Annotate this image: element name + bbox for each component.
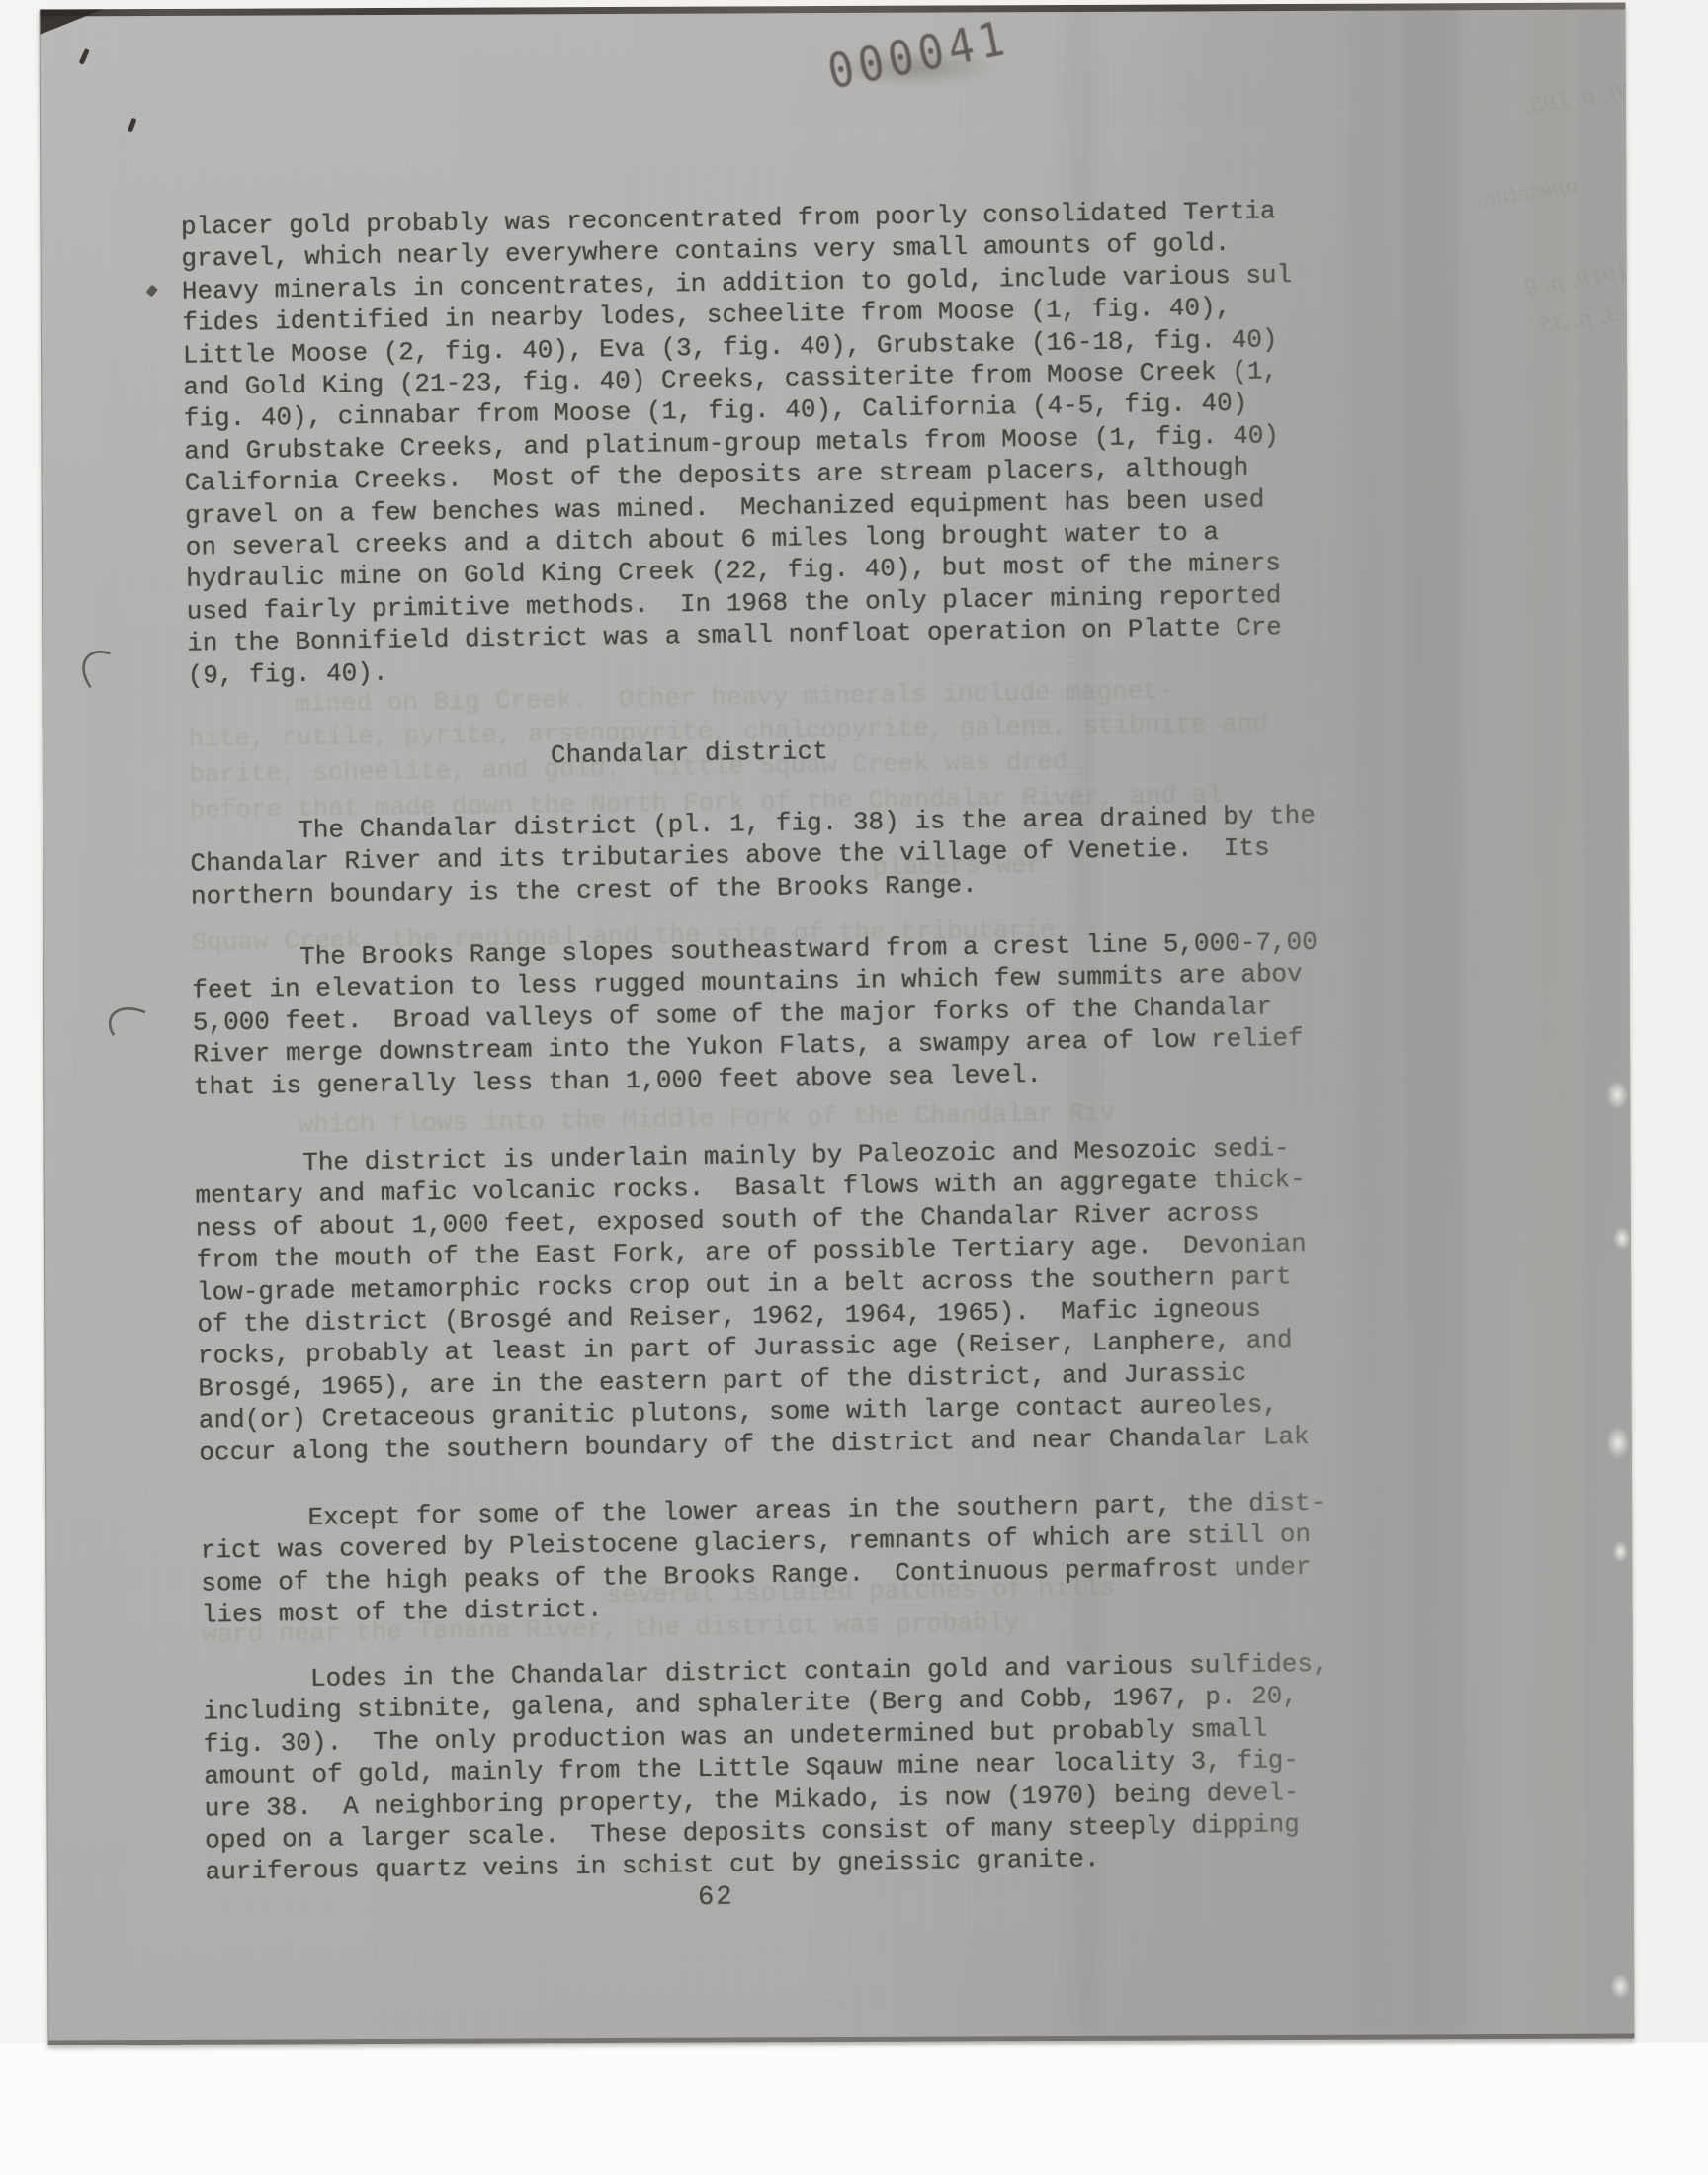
- paragraph: The Chandalar district (pl. 1, fig. 38) …: [190, 800, 1317, 913]
- paragraph: placer gold probably was reconcentrated …: [181, 195, 1298, 692]
- scanned-document-page: 000041 mined on Big Creek. Other heavy m…: [0, 0, 1708, 2175]
- paragraph: Except for some of the lower areas in th…: [200, 1487, 1327, 1632]
- paper-sheet: 000041 mined on Big Creek. Other heavy m…: [40, 3, 1635, 2045]
- paragraph: Lodes in the Chandalar district contain …: [203, 1648, 1331, 1889]
- ghost-text-line: which flows into the Middle Fork of the …: [298, 1097, 1115, 1142]
- section-heading: Chandalar district: [551, 736, 828, 772]
- scanner-background-bottom: [0, 2043, 1708, 2175]
- pencil-arc-mark: [72, 646, 116, 693]
- paragraph: The district is underlain mainly by Pale…: [195, 1132, 1310, 1469]
- pencil-arc-mark: [100, 1003, 151, 1041]
- corner-fold-mark: [40, 9, 104, 35]
- paragraph: The Brooks Range slopes southeastward fr…: [192, 926, 1320, 1103]
- typewritten-text-block: mined on Big Creek. Other heavy minerals…: [40, 3, 1635, 2045]
- scanner-background-right: [1629, 0, 1708, 2056]
- page-number: 62: [698, 1882, 734, 1915]
